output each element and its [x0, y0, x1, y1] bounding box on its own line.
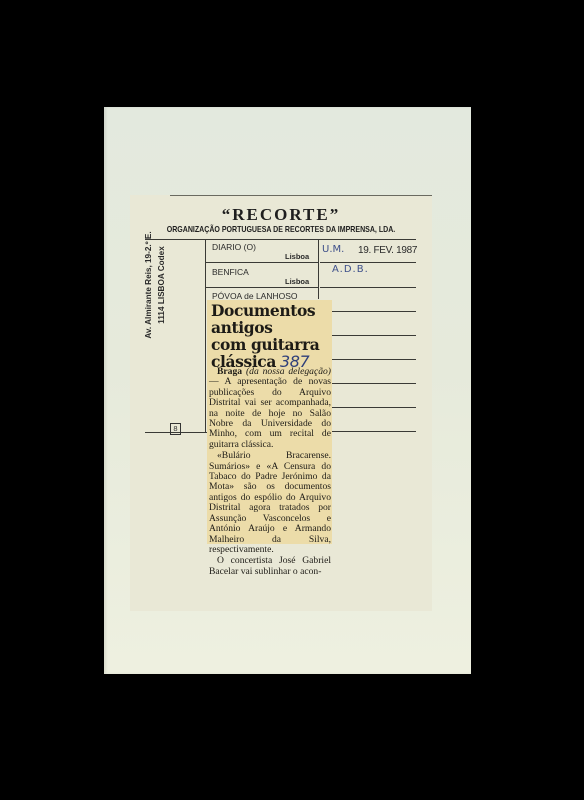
rule-right-5	[332, 359, 416, 360]
paragraph-2: «Bulário Bracarense. Sumários» e «A Cens…	[209, 451, 331, 555]
newspaper-clipping: Documentos antigos com guitarra clássica…	[207, 300, 332, 544]
separator-right	[318, 239, 319, 299]
paragraph-1-text: — A apresentação de novas publicações do…	[209, 376, 331, 449]
sheet-top-edge	[170, 195, 432, 196]
field-diario: DIARIO (O)	[212, 242, 256, 252]
handwritten-note: A.D.B.	[332, 264, 369, 275]
paragraph-3: O concertista José Gabriel Bacelar vai s…	[209, 556, 331, 577]
field-diario-city: Lisboa	[285, 252, 309, 261]
address-line-1: Av. Almirante Reis, 19-2.º E.	[142, 190, 155, 380]
rule-field-2	[205, 287, 318, 288]
rule-right-3	[332, 311, 416, 312]
address-vertical: Av. Almirante Reis, 19-2.º E. 1114 LISBO…	[142, 190, 168, 380]
address-line-2: 1114 LISBOA Codex	[155, 190, 168, 380]
rule-right-7	[332, 407, 416, 408]
headline-line-3: com guitarra	[211, 336, 319, 353]
stamp-date: 19. FEV. 1987	[358, 245, 417, 256]
rule-right-4	[332, 335, 416, 336]
headline: Documentos antigos com guitarra clássica…	[211, 302, 319, 370]
field-benfica-city: Lisboa	[285, 277, 309, 286]
separator-left	[205, 239, 206, 433]
rule-right-6	[332, 383, 416, 384]
paragraph-1: Braga (da nossa delegação) — A apresenta…	[209, 367, 331, 450]
organization-name: ORGANIZAÇÃO PORTUGUESA DE RECORTES DA IM…	[154, 224, 408, 234]
rule-right-2	[320, 287, 416, 288]
rule-top	[145, 239, 416, 240]
field-benfica: BENFICA	[212, 267, 249, 277]
stamp-initials: U.M.	[322, 244, 344, 255]
rule-right-1	[320, 262, 416, 263]
rule-field-1	[205, 262, 318, 263]
lead-credit: (da nossa delegação)	[246, 366, 331, 377]
headline-line-2: antigos	[211, 319, 319, 336]
lead-place: Braga	[217, 366, 242, 377]
article-body: Braga (da nossa delegação) — A apresenta…	[209, 367, 331, 577]
brand-title: “RECORTE”	[130, 205, 432, 225]
rule-right-8	[332, 431, 416, 432]
box-number: 8	[170, 423, 181, 435]
headline-line-1: Documentos	[211, 302, 319, 319]
